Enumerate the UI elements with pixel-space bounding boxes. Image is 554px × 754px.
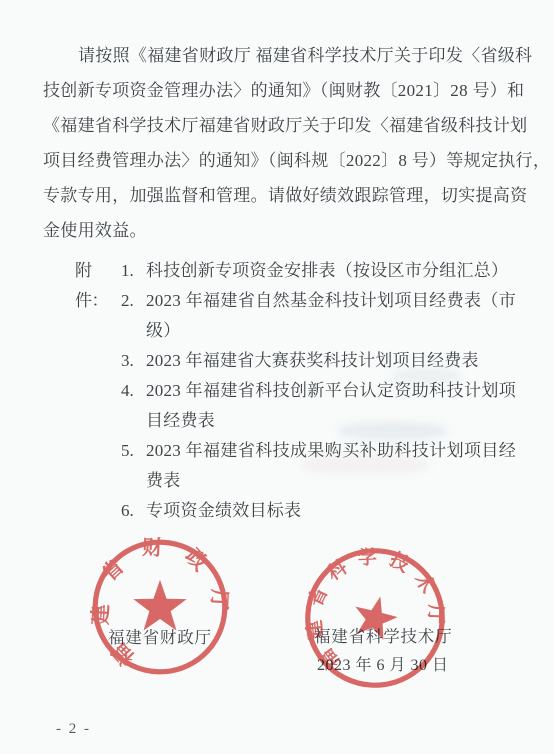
- attachments-list: 1. 科技创新专项资金安排表（按设区市分组汇总） 2. 2023 年福建省自然基…: [121, 256, 516, 526]
- attachment-item: 2. 2023 年福建省自然基金科技计划项目经费表（市级）: [121, 286, 516, 346]
- attachment-text: 2023 年福建省自然基金科技计划项目经费表（市级）: [146, 286, 516, 346]
- paragraph-line: 项目经费管理办法〉的通知》（闽科规〔2022〕8 号）等规定执行，: [43, 143, 514, 178]
- attachments-section: 附件： 1. 科技创新专项资金安排表（按设区市分组汇总） 2. 2023 年福建…: [75, 256, 515, 526]
- attachment-number: 2.: [121, 286, 146, 346]
- attachment-number: 6.: [121, 496, 146, 526]
- attachment-number: 3.: [121, 346, 146, 376]
- attachment-text: 科技创新专项资金安排表（按设区市分组汇总）: [146, 256, 516, 286]
- attachment-text: 2023 年福建省大赛获奖科技计划项目经费表: [146, 346, 516, 376]
- attachment-text: 2023 年福建省科技成果购买补助科技计划项目经费表: [146, 436, 516, 496]
- paragraph-line: 专款专用，加强监督和管理。请做好绩效跟踪管理，切实提高资: [43, 178, 514, 213]
- attachment-item: 4. 2023 年福建省科技创新平台认定资助科技计划项目经费表: [121, 376, 516, 436]
- signature-date: 2023 年 6 月 30 日: [317, 652, 449, 675]
- science-agency-name: 福建省科学技术厅: [314, 623, 452, 647]
- attachment-item: 5. 2023 年福建省科技成果购买补助科技计划项目经费表: [121, 436, 516, 496]
- attachment-text: 专项资金绩效目标表: [146, 496, 516, 526]
- document-page: 请按照《福建省财政厅 福建省科学技术厅关于印发〈省级科 技创新专项资金管理办法〉…: [0, 0, 554, 754]
- paragraph-line: 请按照《福建省财政厅 福建省科学技术厅关于印发〈省级科: [43, 38, 514, 73]
- finance-seal: 福建省财政厅: [80, 527, 240, 687]
- seal-ring: 福建省财政厅: [80, 527, 240, 687]
- finance-agency-name: 福建省财政厅: [108, 624, 212, 648]
- seal-arc-textpath: 福建省财政厅: [80, 527, 240, 676]
- page-number: - 2 -: [56, 721, 91, 738]
- paragraph-line: 金使用效益。: [43, 213, 514, 248]
- attachment-item: 6. 专项资金绩效目标表: [121, 496, 516, 526]
- attachment-number: 1.: [121, 256, 146, 286]
- body-paragraph: 请按照《福建省财政厅 福建省科学技术厅关于印发〈省级科 技创新专项资金管理办法〉…: [43, 38, 514, 248]
- attachments-label: 附件：: [75, 256, 121, 316]
- seal-border-circle: [80, 527, 240, 687]
- seal-arc-text: 福建省财政厅: [80, 527, 240, 676]
- attachment-text: 2023 年福建省科技创新平台认定资助科技计划项目经费表: [146, 376, 516, 436]
- paragraph-line: 技创新专项资金管理办法〉的通知》（闽财教〔2021〕28 号）和: [43, 73, 514, 108]
- attachment-item: 1. 科技创新专项资金安排表（按设区市分组汇总）: [121, 256, 516, 286]
- attachment-number: 4.: [121, 376, 146, 436]
- seal-star-icon: [133, 580, 186, 631]
- attachment-number: 5.: [121, 436, 146, 496]
- attachment-item: 3. 2023 年福建省大赛获奖科技计划项目经费表: [121, 346, 516, 376]
- paragraph-line: 《福建省科学技术厅福建省财政厅关于印发〈福建省级科技计划: [43, 108, 514, 143]
